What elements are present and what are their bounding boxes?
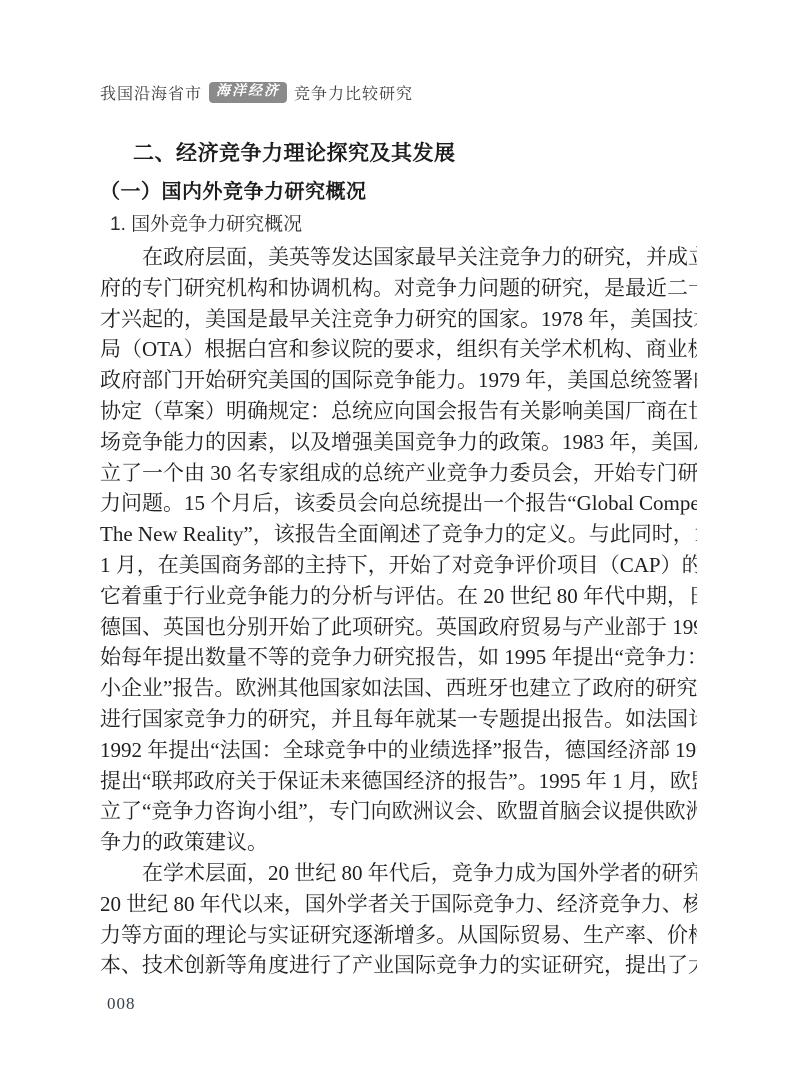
body-line: 进行国家竞争力的研究，并且每年就某一专题提出报告。如法国计划部 [100, 704, 697, 735]
running-head-suffix: 竞争力比较研究 [294, 81, 413, 104]
body-line: 提出“联邦政府关于保证未来德国经济的报告”。1995 年 1 月，欧盟成 [100, 766, 697, 797]
page-number: 008 [107, 994, 136, 1014]
body-line: 在政府层面，美英等发达国家最早关注竞争力的研究，并成立了政 [100, 242, 697, 273]
body-line: 本、技术创新等角度进行了产业国际竞争力的实证研究，提出了大量富 [100, 950, 697, 981]
body-line: 1 月，在美国商务部的主持下，开始了对竞争评价项目（CAP）的研究， [100, 550, 697, 581]
body-line: 在学术层面，20 世纪 80 年代后，竞争力成为国外学者的研究热点。 [100, 858, 697, 889]
body-line: 立了“竞争力咨询小组”，专门向欧洲议会、欧盟首脑会议提供欧洲竞 [100, 796, 697, 827]
body-line: 才兴起的，美国是最早关注竞争力研究的国家。1978 年，美国技术评估 [100, 304, 697, 335]
body-line: 它着重于行业竞争能力的分析与评估。在 20 世纪 80 年代中期，日本、 [100, 581, 697, 612]
subsection-heading: （一）国内外竞争力研究概况 [100, 175, 367, 204]
body-line: The New Reality”，该报告全面阐述了竞争力的定义。与此同时，198… [100, 519, 697, 550]
body-line: 力问题。15 个月后，该委员会向总统提出一个报告“Global Competit… [100, 488, 697, 519]
body-line: 立了一个由 30 名专家组成的总统产业竞争力委员会，开始专门研究竞争 [100, 458, 697, 489]
body-line: 小企业”报告。欧洲其他国家如法国、西班牙也建立了政府的研究机构， [100, 673, 697, 704]
body-line: 20 世纪 80 年代以来，国外学者关于国际竞争力、经济竞争力、核心竞争 [100, 889, 697, 920]
marine-economy-badge: 海洋经济 [209, 82, 287, 103]
body-line: 1992 年提出“法国：全球竞争中的业绩选择”报告，德国经济部 1993 年 [100, 735, 697, 766]
item-heading: 1. 国外竞争力研究概况 [110, 209, 302, 236]
running-head-prefix: 我国沿海省市 [100, 81, 202, 104]
body-line: 协定（草案）明确规定：总统应向国会报告有关影响美国厂商在世界市 [100, 396, 697, 427]
body-line: 力等方面的理论与实证研究逐渐增多。从国际贸易、生产率、价格、成 [100, 920, 697, 951]
body-line: 争力的政策建议。 [100, 827, 697, 858]
body-line: 德国、英国也分别开始了此项研究。英国政府贸易与产业部于 1992 年开 [100, 612, 697, 643]
body-line: 始每年提出数量不等的竞争力研究报告，如 1995 年提出“竞争力：帮助 [100, 642, 697, 673]
body-line: 场竞争能力的因素，以及增强美国竞争力的政策。1983 年，美国总统建 [100, 427, 697, 458]
running-head: 我国沿海省市 海洋经济 竞争力比较研究 [100, 81, 413, 104]
section-heading: 二、经济竞争力理论探究及其发展 [133, 137, 456, 167]
body-line: 府的专门研究机构和协调机构。对竞争力问题的研究，是最近二十几年 [100, 273, 697, 304]
body-line: 局（OTA）根据白宫和参议院的要求，组织有关学术机构、商业机构和 [100, 334, 697, 365]
book-page: 我国沿海省市 海洋经济 竞争力比较研究 二、经济竞争力理论探究及其发展 （一）国… [0, 0, 799, 1073]
body-line: 政府部门开始研究美国的国际竞争能力。1979 年，美国总统签署的贸易 [100, 365, 697, 396]
body-text: 在政府层面，美英等发达国家最早关注竞争力的研究，并成立了政府的专门研究机构和协调… [100, 242, 697, 981]
